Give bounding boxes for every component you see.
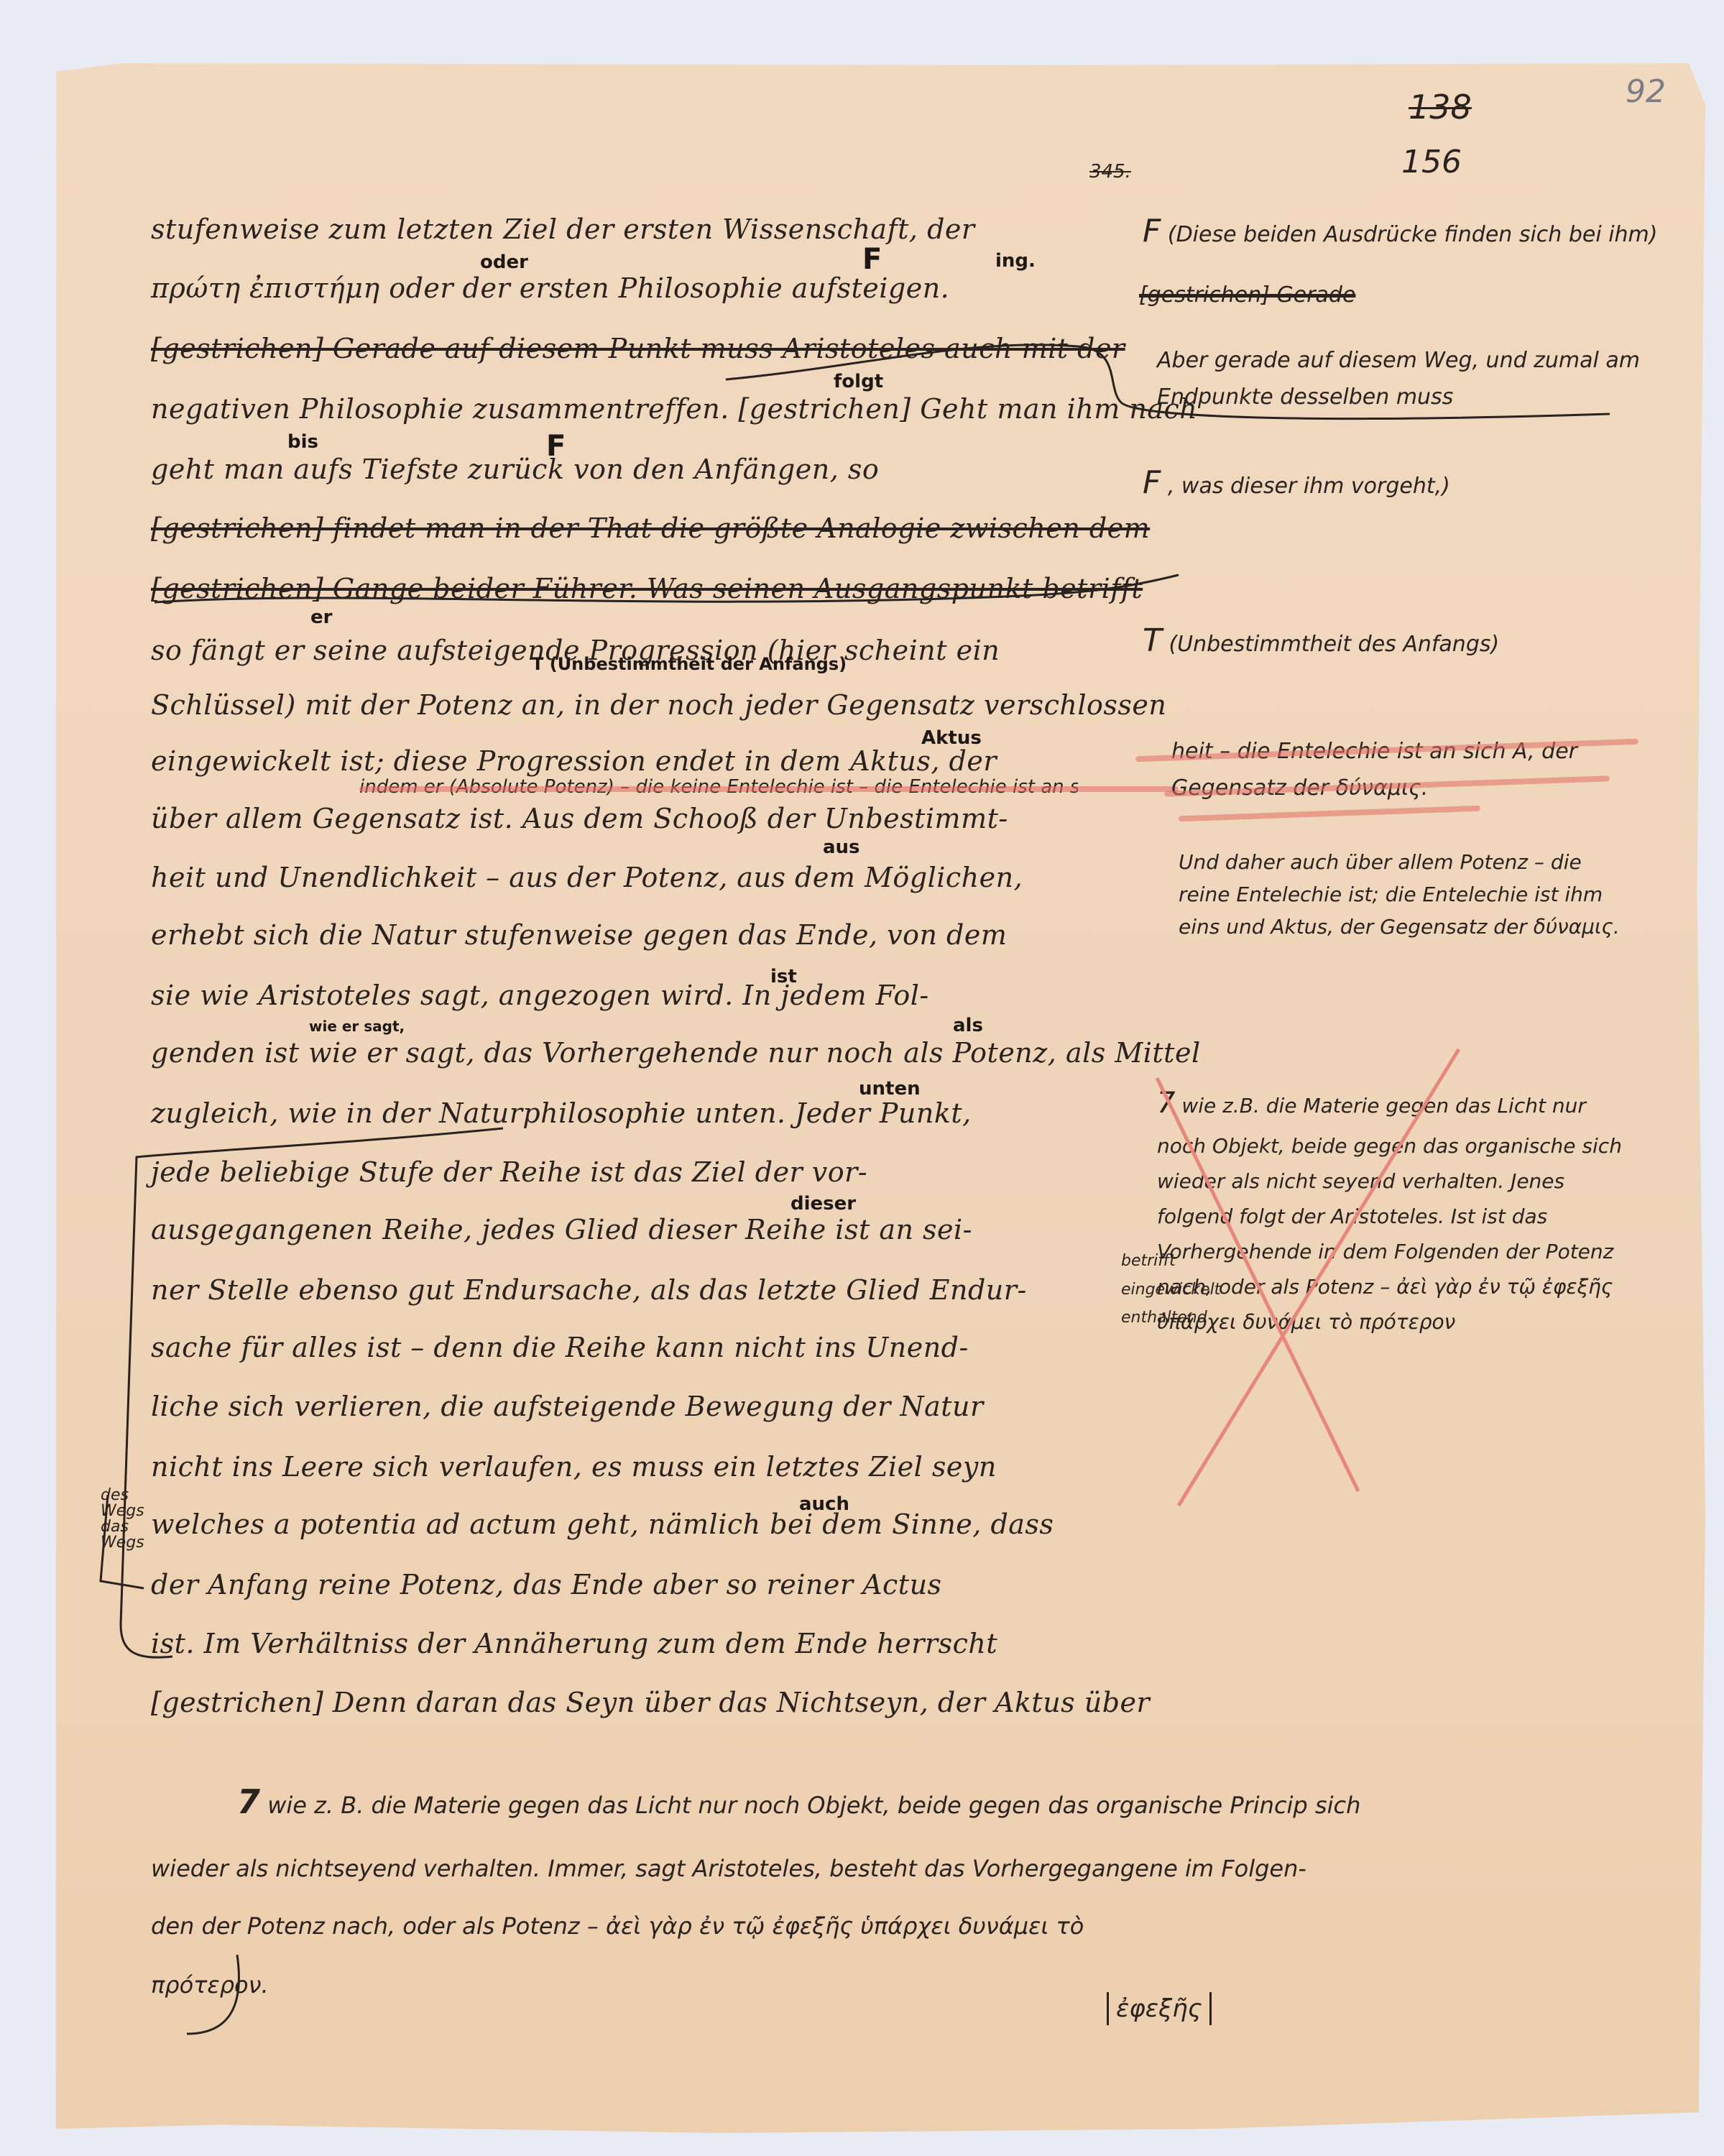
insertion: bis [287,431,318,453]
margin-note: Aber gerade auf diesem Weg, und zumal am… [1157,342,1660,415]
main-line: eingewickelt ist; diese Progression ende… [151,747,997,775]
footnote-line: πρότερον. [151,1973,269,1996]
main-line-struck: [gestrichen] Gange beider Führer. Was se… [151,575,1143,602]
main-line: ist. Im Verhältniss der Annäherung zum d… [151,1630,997,1657]
main-line: ner Stelle ebenso gut Endursache, als da… [151,1276,1027,1304]
footnote-correction-box: ἐφεξῆς [1107,1992,1212,2025]
insertion: aus [823,837,860,858]
insertion: als [953,1015,983,1036]
marker-f: F [1143,213,1161,249]
main-line: stufenweise zum letzten Ziel der ersten … [151,216,975,243]
insertion-marker-f: F [862,243,882,276]
main-line: welches a potentia ad actum geht, nämlic… [151,1511,1054,1538]
insertion: dieser [790,1193,856,1215]
main-line: erhebt sich die Natur stufenweise gegen … [151,921,1007,949]
main-line: sie wie Aristoteles sagt, angezogen wird… [151,982,929,1009]
main-line: der Anfang reine Potenz, das Ende aber s… [151,1571,942,1598]
struck-page-number: 138 [1409,88,1472,126]
insertion-t-note: T (Unbestimmtheit der Anfangs) [532,654,847,674]
insertion-marker-f: F [546,430,566,463]
footnote-marker: 7 [237,1782,260,1821]
footnote-line: den der Potenz nach, oder als Potenz – ἀ… [151,1915,1084,1938]
footnote-line: wieder als nichtseyend verhalten. Immer,… [151,1857,1306,1880]
margin-note-crossed: 7 wie z.B. die Materie gegen das Licht n… [1157,1078,1631,1340]
insertion: unten [859,1078,921,1100]
insertion: folgt [834,371,883,392]
main-line: über allem Gegensatz ist. Aus dem Schooß… [151,805,1008,832]
main-line: geht man aufs Tiefste zurück von den Anf… [151,456,879,483]
main-line: jede beliebige Stufe der Reihe ist das Z… [151,1158,867,1186]
main-line-struck: [gestrichen] findet man in der That die … [151,515,1150,542]
left-margin-note: des Wegs das Wegs [101,1488,151,1551]
margin-note: Und daher auch über allem Potenz – die r… [1179,847,1638,943]
archive-folio-number: 92 [1626,73,1666,110]
insertion: er [310,607,332,628]
main-line: heit und Unendlichkeit – aus der Potenz,… [151,864,1023,891]
main-line: sache für alles ist – denn die Reihe kan… [151,1334,969,1361]
margin-note-f: F (Diese beiden Ausdrücke finden sich be… [1143,216,1657,247]
margin-note-t: T (Unbestimmtheit des Anfangs) [1143,625,1499,657]
main-line: negativen Philosophie zusammentreffen. [… [151,395,1197,423]
insertion: ing. [995,250,1036,272]
insertion: Aktus [921,727,982,749]
main-line: [gestrichen] Denn daran das Seyn über da… [151,1689,1150,1716]
main-line: genden ist wie er sagt, das Vorhergehend… [151,1039,1201,1067]
struck-small-number: 345. [1089,161,1131,183]
insertion: oder [480,252,528,273]
insertion: auch [799,1493,849,1515]
main-line: πρώτη ἐπιστήμη oder der ersten Philosoph… [151,275,949,302]
main-line: zugleich, wie in der Naturphilosophie un… [151,1100,972,1127]
small-side-notes: betrifft eingewickelt enthaltend [1121,1247,1220,1332]
margin-note-struck: [gestrichen] Gerade [1139,285,1355,306]
main-line-struck: [gestrichen] Gerade auf diesem Punkt mus… [151,335,1125,362]
insertion: ist [770,966,797,987]
main-line: nicht ins Leere sich verlaufen, es muss … [151,1453,997,1480]
main-line: liche sich verlieren, die aufsteigende B… [151,1393,984,1420]
footnote-line: 7 wie z. B. die Materie gegen das Licht … [237,1785,1360,1818]
red-strike-line [359,786,1179,792]
insertion: wie er sagt, [309,1018,405,1035]
current-page-number: 156 [1401,144,1462,180]
main-line: Schlüssel) mit der Potenz an, in der noc… [151,691,1166,719]
margin-note-f2: F , was dieser ihm vorgeht,) [1143,467,1450,499]
main-line: ausgegangenen Reihe, jedes Glied dieser … [151,1216,972,1243]
